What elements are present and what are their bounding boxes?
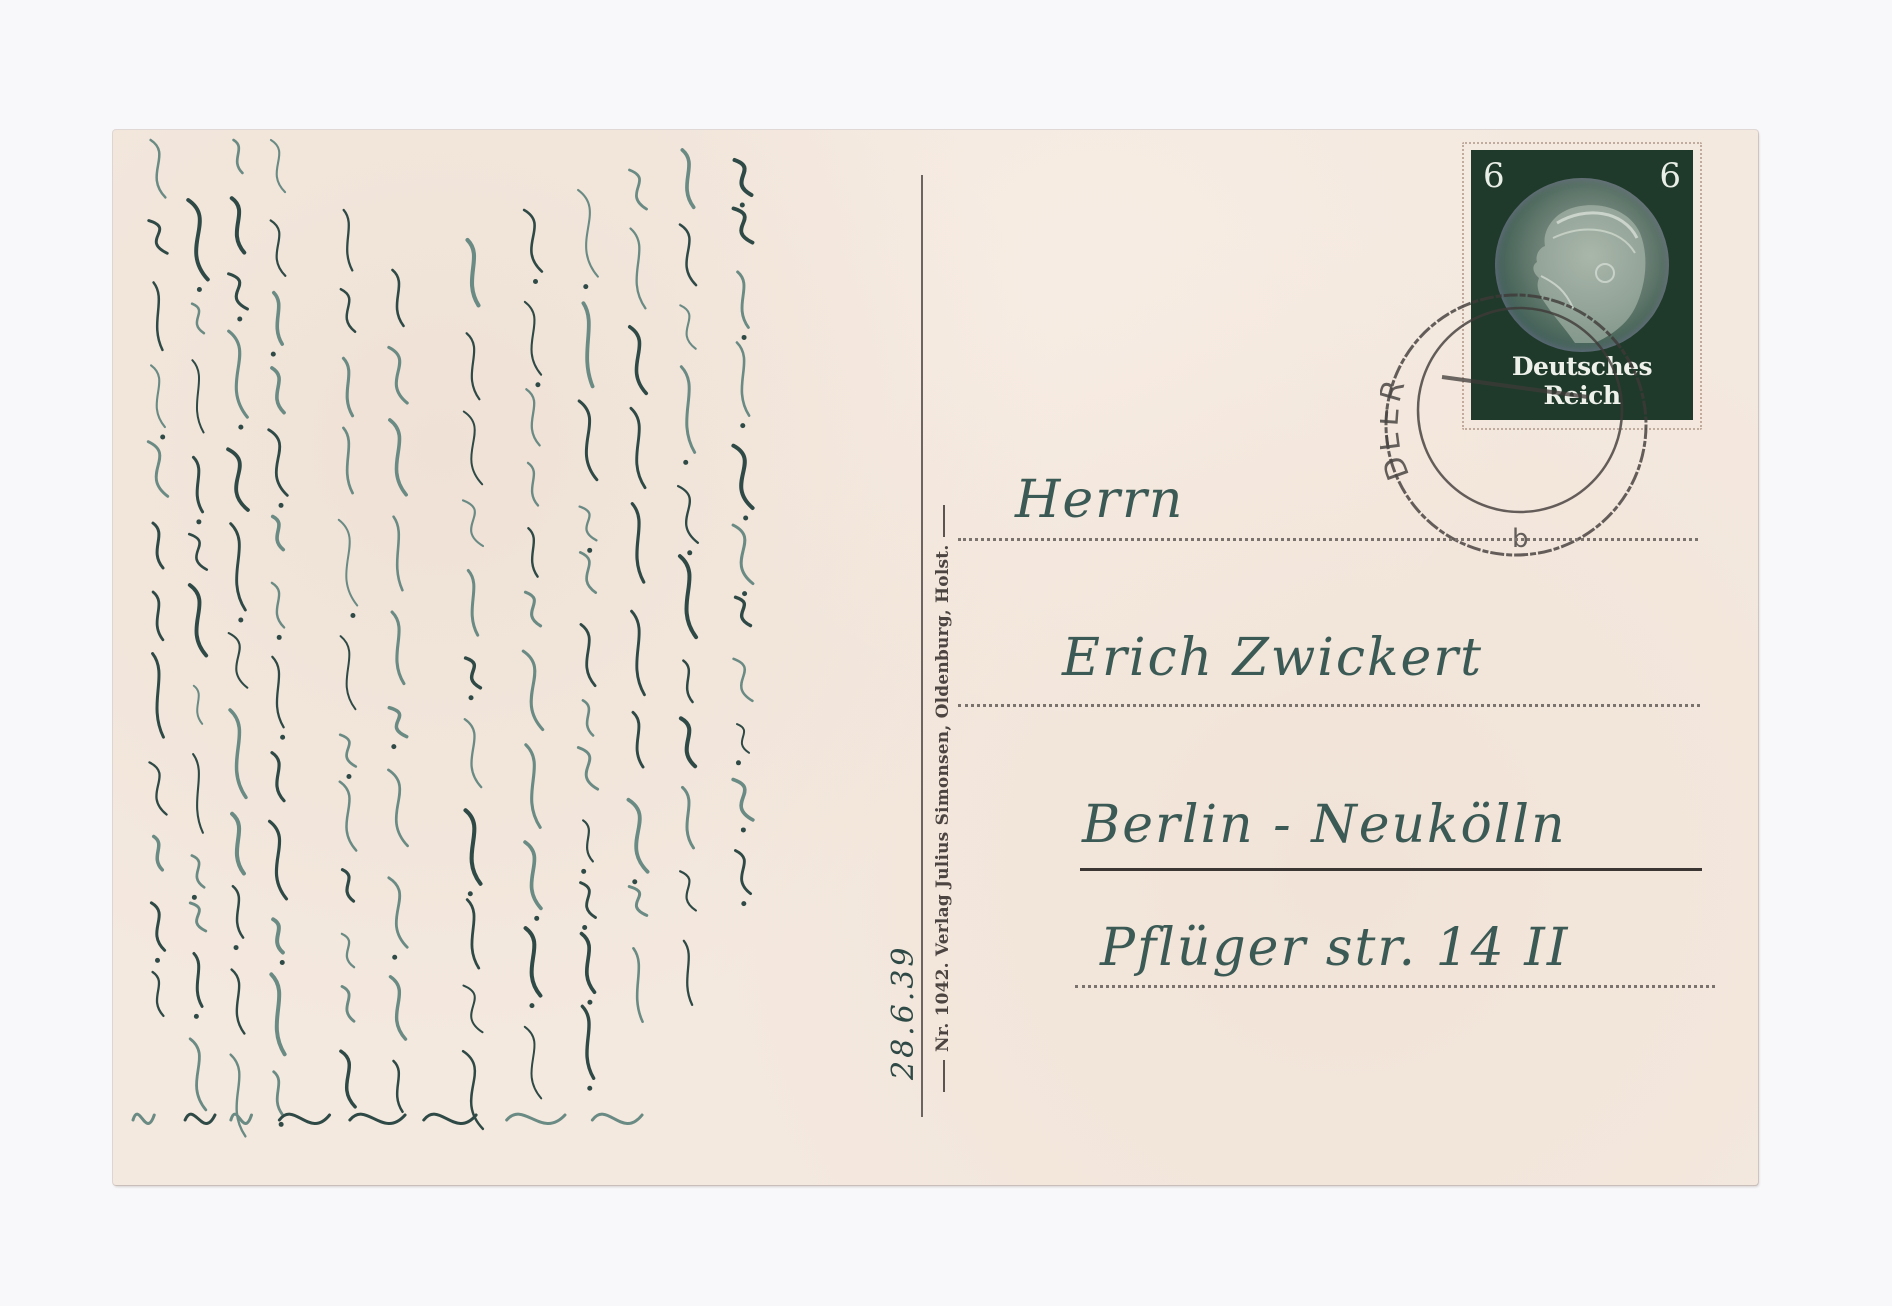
publisher-imprint-text: Nr. 1042. Verlag Julius Simonsen, Oldenb… [933, 545, 953, 1052]
imprint-rule-left [943, 1060, 945, 1092]
postage-stamp: 6 6 Deutsches Reich [1471, 150, 1693, 420]
address-city: Berlin - Neukölln [1082, 795, 1567, 855]
divider-line [921, 175, 923, 1117]
shorthand-message [113, 130, 913, 1185]
message-date: 28.6.39 [886, 944, 921, 1080]
hindenburg-medallion-icon [1495, 178, 1669, 352]
imprint-rule-right [943, 505, 945, 537]
address-street: Pflüger str. 14 II [1100, 918, 1569, 978]
address-salutation: Herrn [1015, 470, 1184, 530]
publisher-imprint: Nr. 1042. Verlag Julius Simonsen, Oldenb… [933, 290, 953, 1100]
address-line-3 [1080, 868, 1702, 871]
address-line-1 [958, 538, 1698, 541]
address-name: Erich Zwickert [1062, 628, 1483, 688]
stamp-country: Deutsches Reich [1471, 352, 1693, 410]
address-line-2 [958, 704, 1700, 707]
address-line-4 [1075, 985, 1715, 988]
